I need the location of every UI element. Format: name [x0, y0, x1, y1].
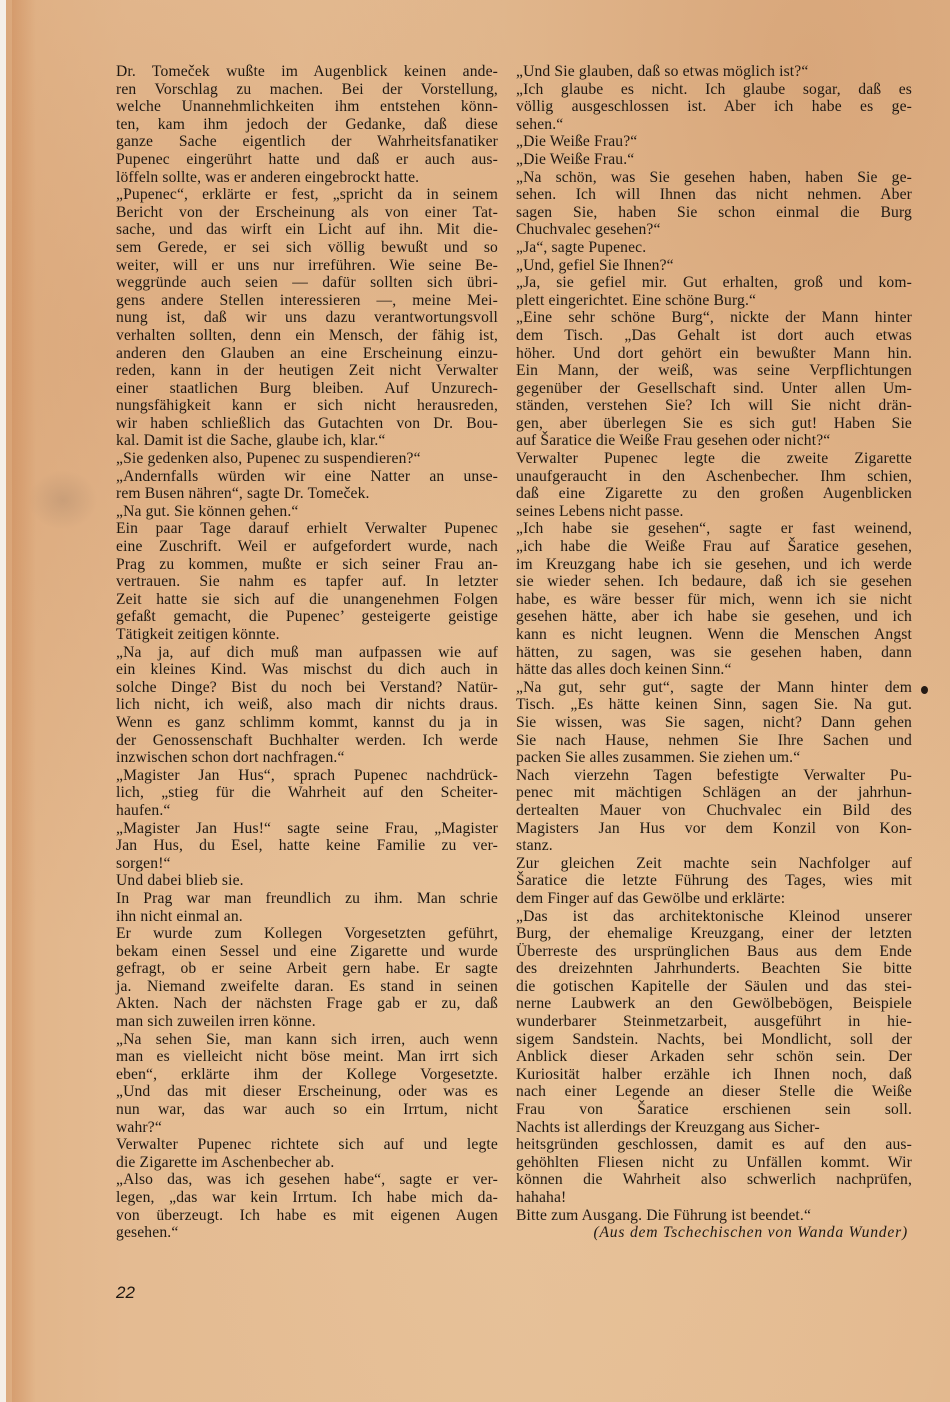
text-line: „Und, gefiel Sie Ihnen?“ — [516, 257, 912, 275]
text-line: „Na gut. Sie können gehen.“ — [116, 503, 498, 521]
text-line: eben“, erklärte ihm der Kollege Vorgeset… — [116, 1066, 498, 1084]
text-line: die Zigarette im Aschenbecher ab. — [116, 1154, 498, 1172]
text-line: Verwalter Pupenec richtete sich auf und … — [116, 1136, 498, 1154]
text-line: Nach vierzehn Tagen befestigte Verwalter… — [516, 767, 912, 785]
text-line: nach einer Legende an dieser Stelle die … — [516, 1083, 912, 1101]
text-line: gefaßt gemacht, die Pupenec’ gesteigerte… — [116, 608, 498, 626]
translation-credit: (Aus dem Tschechischen von Wanda Wunder) — [516, 1224, 912, 1242]
text-line: nerne Laubwerk an den Gewölbebögen, Beis… — [516, 995, 912, 1013]
text-line: hahaha! — [516, 1189, 912, 1207]
text-line: kann es nicht leugnen. Wenn die Menschen… — [516, 626, 912, 644]
text-line: „ich habe die Weiße Frau auf Šaratice ge… — [516, 538, 912, 556]
text-line: „Sie gedenken also, Pupenec zu suspendie… — [116, 450, 498, 468]
text-line: einer staatlichen Burg bleiben. Auf Unzu… — [116, 380, 498, 398]
text-line: stanz. — [516, 837, 912, 855]
text-line: haufen.“ — [116, 802, 498, 820]
text-line: Jan Hus, du Esel, hatte keine Familie zu… — [116, 837, 498, 855]
text-line: dem Tisch. „Das Gehalt ist dort auch etw… — [516, 327, 912, 345]
text-line: seines Lebens nicht passe. — [516, 503, 912, 521]
text-line: im Kreuzgang habe ich sie gesehen, und i… — [516, 556, 912, 574]
text-line: gesehen hätte, aber ich habe sie gesehen… — [516, 608, 912, 626]
text-line: wir haben schließlich das Gutachten von … — [116, 415, 498, 433]
text-line: löffeln sollte, was er anderen eingebroc… — [116, 169, 498, 187]
text-line: Sie nach Hause, nehmen Sie Ihre Sachen u… — [516, 732, 912, 750]
text-line: weiter, will er uns nur irreführen. Wie … — [116, 257, 498, 275]
text-line: „Pupenec“, erklärte er fest, „spricht da… — [116, 186, 498, 204]
text-line: Burg, der ehemalige Kreuzgang, einer der… — [516, 925, 912, 943]
text-line: „Eine sehr schöne Burg“, nickte der Mann… — [516, 309, 912, 327]
text-line: nungsfähigkeit kann er sich nicht heraus… — [116, 397, 498, 415]
ink-speck — [921, 686, 928, 694]
text-line: eine Zuschrift. Weil er aufgefordert wur… — [116, 538, 498, 556]
text-line: hätten, zu sagen, was sie gesehen haben,… — [516, 644, 912, 662]
text-line: welche Unannehmlichkeiten ihm entstehen … — [116, 98, 498, 116]
text-line: plett eingerichtet. Eine schöne Burg.“ — [516, 292, 912, 310]
text-line: wunderbarer Steinmetzarbeit, ausgeführt … — [516, 1013, 912, 1031]
text-line: Kuriosität halber erzähle ich Ihnen noch… — [516, 1066, 912, 1084]
text-line: penec mit mächtigen Schlägen an der jahr… — [516, 784, 912, 802]
text-line: höher. Und dort gehört ein bewußter Mann… — [516, 345, 912, 363]
text-line: packen Sie alles zusammen. Sie ziehen um… — [516, 749, 912, 767]
text-line: ständen, verstehen Sie? Ich will Sie nic… — [516, 397, 912, 415]
text-line: anderen den Glauben an eine Erscheinung … — [116, 345, 498, 363]
text-line: Frau von Šaratice erschienen sein soll. — [516, 1101, 912, 1119]
text-line: gesehen.“ — [116, 1224, 498, 1242]
text-line: „Die Weiße Frau.“ — [516, 151, 912, 169]
text-line: verhalten sollten, denn ein Mensch, der … — [116, 327, 498, 345]
text-line: „Ja“, sagte Pupenec. — [516, 239, 912, 257]
text-line: Chuchvalec gesehen?“ — [516, 221, 912, 239]
text-line: lich nicht, ich weiß, also mach dir nich… — [116, 696, 498, 714]
text-line: solche Dinge? Bist du noch bei Verstand?… — [116, 679, 498, 697]
text-line: nung ist, daß wir uns dazu verantwortung… — [116, 309, 498, 327]
text-line: Zur gleichen Zeit machte sein Nachfolger… — [516, 855, 912, 873]
text-line: „Und Sie glauben, daß so etwas möglich i… — [516, 63, 912, 81]
text-line: nun war, das war auch so ein Irrtum, nic… — [116, 1101, 498, 1119]
text-line: ten, kam ihm jedoch der Gedanke, daß die… — [116, 116, 498, 134]
text-line: daß eine Zigarette zu den großen Augenbl… — [516, 485, 912, 503]
text-line: gens andere Stellen interessieren —, mei… — [116, 292, 498, 310]
text-line: Nachts ist allerdings der Kreuzgang aus … — [516, 1119, 912, 1137]
text-line: Zeit hatte sie sich auf die unangenehmen… — [116, 591, 498, 609]
text-line: dertealten Mauer von Chuchvalec ein Bild… — [516, 802, 912, 820]
text-line: Prag zu kommen, mußte er sich seiner Fra… — [116, 556, 498, 574]
text-line: weggründe auch seien — dafür sollten sic… — [116, 274, 498, 292]
text-line: völlig ausgeschlossen ist. Aber ich habe… — [516, 98, 912, 116]
text-line: kal. Damit ist die Sache, glaube ich, kl… — [116, 432, 498, 450]
text-line: bekam einen Sessel und eine Zigarette un… — [116, 943, 498, 961]
text-line: Ein paar Tage darauf erhielt Verwalter P… — [116, 520, 498, 538]
text-line: reden, kann in der heutigen Zeit nicht V… — [116, 362, 498, 380]
text-line: gen, aber überlegen Sie es sich gut! Hab… — [516, 415, 912, 433]
text-line: „Ja, sie gefiel mir. Gut erhalten, groß … — [516, 274, 912, 292]
text-line: können die Wahrheit also schwerlich nach… — [516, 1171, 912, 1189]
text-line: Bitte zum Ausgang. Die Führung ist beend… — [516, 1207, 912, 1225]
text-line: des dreizehnten Jahrhunderts. Beachten S… — [516, 960, 912, 978]
text-line: Akten. Nach der nächsten Frage gab er zu… — [116, 995, 498, 1013]
text-line: Sie wissen, was Sie sagen, nicht? Dann g… — [516, 714, 912, 732]
text-line: sorgen!“ — [116, 855, 498, 873]
text-line: sem Gerede, er sei sich völlig bewußt un… — [116, 239, 498, 257]
text-line: unaufgeraucht in den Aschenbecher. Ihm s… — [516, 468, 912, 486]
text-line: Er wurde zum Kollegen Vorgesetzten gefüh… — [116, 925, 498, 943]
text-line: die gotischen Kapitelle der Säulen und d… — [516, 978, 912, 996]
text-line: man es vielleicht nicht böse meint. Man … — [116, 1048, 498, 1066]
text-line: auf Šaratice die Weiße Frau gesehen oder… — [516, 432, 912, 450]
text-line: von überzeugt. Ich habe es mit eigenen A… — [116, 1207, 498, 1225]
text-line: Anblick dieser Arkaden sehr schön sein. … — [516, 1048, 912, 1066]
text-line: habe, es wäre besser für mich, wenn ich … — [516, 591, 912, 609]
text-line: Wenn es ganz schlimm kommt, kannst du ja… — [116, 714, 498, 732]
right-text-column: „Und Sie glauben, daß so etwas möglich i… — [516, 63, 912, 1242]
text-line: Und dabei blieb sie. — [116, 872, 498, 890]
text-line: Bericht von der Erscheinung als von eine… — [116, 204, 498, 222]
text-line: vertrauen. Sie nahm es tapfer auf. In le… — [116, 573, 498, 591]
text-line: sagen Sie, haben Sie schon einmal die Bu… — [516, 204, 912, 222]
text-line: Magisters Jan Hus vor dem Konzil von Kon… — [516, 820, 912, 838]
text-line: man sich zuweilen irren könne. — [116, 1013, 498, 1031]
text-line: sehen. Ich will Ihnen das nicht nehmen. … — [516, 186, 912, 204]
text-line: ihn nicht einmal an. — [116, 908, 498, 926]
text-line: ren Vorschlag zu machen. Bei der Vorstel… — [116, 81, 498, 99]
text-line: gegenüber der Gesellschaft sind. Unter a… — [516, 380, 912, 398]
text-line: sie wieder sehen. Ich bedaure, daß ich s… — [516, 573, 912, 591]
text-line: „Magister Jan Hus“, sprach Pupenec nachd… — [116, 767, 498, 785]
text-line: wahr?“ — [116, 1119, 498, 1137]
text-line: Pupenec eingerührt hatte und daß er auch… — [116, 151, 498, 169]
text-line: „Ich habe sie gesehen“, sagte er fast we… — [516, 520, 912, 538]
text-line: „Na schön, was Sie gesehen haben, haben … — [516, 169, 912, 187]
text-line: „Na ja, auf dich muß man aufpassen wie a… — [116, 644, 498, 662]
text-line: sehen.“ — [516, 116, 912, 134]
text-line: Tätigkeit zeitigen könnte. — [116, 626, 498, 644]
text-line: Überreste des ursprünglichen Baus aus de… — [516, 943, 912, 961]
paper-smudge — [28, 470, 98, 530]
text-line: „Na sehen Sie, man kann sich irren, auch… — [116, 1031, 498, 1049]
magazine-page: Dr. Tomeček wußte im Augenblick keinen a… — [6, 0, 950, 1402]
text-line: Šaratice die letzte Führung des Tages, w… — [516, 872, 912, 890]
text-line: Dr. Tomeček wußte im Augenblick keinen a… — [116, 63, 498, 81]
paper-fold-shadow — [12, 0, 36, 1402]
text-line: hätte das alles doch keinen Sinn.“ — [516, 661, 912, 679]
text-line: „Das ist das architektonische Kleinod un… — [516, 908, 912, 926]
text-line: rem Busen nähren“, sagte Dr. Tomeček. — [116, 485, 498, 503]
page-number: 22 — [116, 1283, 135, 1303]
text-line: „Magister Jan Hus!“ sagte seine Frau, „M… — [116, 820, 498, 838]
text-line: In Prag war man freundlich zu ihm. Man s… — [116, 890, 498, 908]
text-line: Tisch. „Es hätte keinen Sinn, sagen Sie.… — [516, 696, 912, 714]
text-line: „Na gut, sehr gut“, sagte der Mann hinte… — [516, 679, 912, 697]
text-line: sigem Sandstein. Nachts, bei Mondlicht, … — [516, 1031, 912, 1049]
text-line: gefragt, ob er seine Arbeit gern habe. E… — [116, 960, 498, 978]
text-line: gehöhlten Fliesen nicht zu Unfällen komm… — [516, 1154, 912, 1172]
left-text-column: Dr. Tomeček wußte im Augenblick keinen a… — [116, 63, 498, 1242]
text-line: der Genossenschaft Buchhalter werden. Ic… — [116, 732, 498, 750]
text-line: „Und das mit dieser Erscheinung, oder wa… — [116, 1083, 498, 1101]
text-line: heitsgründen geschlossen, damit es auf d… — [516, 1136, 912, 1154]
text-line: legen, „das war kein Irrtum. Ich habe mi… — [116, 1189, 498, 1207]
text-line: sache, und das wirft ein Licht auf ihn. … — [116, 221, 498, 239]
text-line: ein kleines Kind. Was mischst du dich au… — [116, 661, 498, 679]
text-line: lich, „stieg für die Wahrheit auf den Sc… — [116, 784, 498, 802]
text-line: Ein Mann, der weiß, was seine Verpflicht… — [516, 362, 912, 380]
text-line: ganze Sache eigentlich der Wahrheitsfana… — [116, 133, 498, 151]
text-line: „Andernfalls würden wir eine Natter an u… — [116, 468, 498, 486]
text-line: „Also das, was ich gesehen habe“, sagte … — [116, 1171, 498, 1189]
text-line: „Die Weiße Frau?“ — [516, 133, 912, 151]
text-line: Verwalter Pupenec legte die zweite Zigar… — [516, 450, 912, 468]
text-line: inzwischen schon dort nachfragen.“ — [116, 749, 498, 767]
text-line: „Ich glaube es nicht. Ich glaube sogar, … — [516, 81, 912, 99]
text-line: dem Finger auf das Gewölbe und erklärte: — [516, 890, 912, 908]
text-line: ja. Niemand zweifelte daran. Es stand in… — [116, 978, 498, 996]
